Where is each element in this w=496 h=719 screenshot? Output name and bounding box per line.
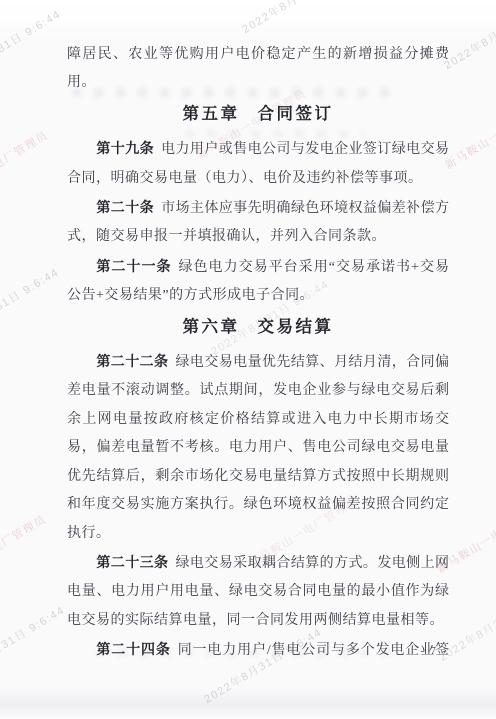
chapter-heading: 第六章交易结算	[67, 313, 449, 341]
watermark-user-stamp: 新马鞍山一电厂管理员	[442, 95, 496, 173]
text-line: 第二十条市场主体应事先明确绿色环境权益偏差补偿方	[67, 193, 449, 223]
text-line: 易，偏差电量暂不考核。电力用户、售电公司绿电交易电量	[67, 434, 449, 462]
chapter-number: 第五章	[183, 105, 240, 123]
text-line: 合同，明确交易电量（电力）、电价及违约补偿等事项。	[67, 165, 449, 193]
watermark-timestamp: 2022年8月31日 9:6:44	[0, 602, 68, 685]
watermark-user-stamp: 新马鞍山一电厂管理员	[0, 127, 51, 205]
chapter-title: 交易结算	[258, 318, 334, 336]
watermark-user-stamp: 新马鞍山一电厂管理员	[0, 511, 49, 589]
article-number: 第二十二条	[96, 353, 168, 369]
watermark-timestamp: 2022年8月31日 9:6:44	[441, 0, 496, 73]
text-line: 第十九条电力用户或售电公司与发电企业签订绿电交易	[67, 134, 449, 164]
watermark-timestamp: 2022年8月31日 9:6:44	[239, 0, 363, 37]
chapter-number: 第六章	[183, 318, 240, 336]
article-number: 第二十四条	[96, 641, 170, 657]
watermark-timestamp: 2022年8月31日 9:6:44	[0, 6, 64, 89]
text-line: 第二十三条绿电交易采取耦合结算的方式。发电侧上网	[67, 548, 449, 578]
text-line: 电量、电力用户用电量、绿电交易合同电量的最小值作为绿	[67, 578, 449, 606]
text-line: 电交易的实际结算电量，同一合同发用两侧结算电量相等。	[67, 607, 449, 635]
text-line: 余上网电量按政府核定价格结算或进入电力中长期市场交	[67, 406, 449, 434]
text-line: 差电量不滚动调整。试点期间，发电企业参与绿电交易后剩	[67, 377, 449, 405]
text-line: 障居民、农业等优购用户电价稳定产生的新增损益分摊费	[67, 41, 449, 69]
scanned-document-page: 2022年8月31日 9:6:44 2022年8月31日 9:6:44 2022…	[0, 0, 496, 719]
chapter-heading: 第五章合同签订	[67, 100, 449, 128]
text-line: 第二十四条同一电力用户/售电公司与多个发电企业签	[67, 635, 449, 665]
text-line: 式，随交易申报一并填报确认，并列入合同条款。	[67, 223, 449, 251]
text-line: 公告+交易结果”的方式形成电子合同。	[67, 282, 449, 310]
article-number: 第十九条	[96, 140, 154, 156]
page-number: - 7 -	[421, 646, 449, 657]
text-line: 执行。	[67, 520, 449, 548]
text-line: 优先结算后，剩余市场化交易电量结算方式按照中长期规则	[67, 463, 449, 491]
text-line: 用。	[67, 69, 449, 97]
document-text-block: 障居民、农业等优购用户电价稳定产生的新增损益分摊费 用。 第五章合同签订 第十九…	[67, 41, 449, 666]
chapter-title: 合同签订	[258, 105, 334, 123]
article-number: 第二十三条	[96, 554, 168, 570]
article-number: 第二十条	[96, 199, 154, 215]
watermark-timestamp: 2022年8月31日 9:6:44	[0, 264, 62, 347]
article-number: 第二十一条	[96, 258, 171, 274]
text-line: 和年度交易实施方案执行。绿色环境权益偏差按照合同约定	[67, 491, 449, 519]
text-line: 第二十一条绿色电力交易平台采用“交易承诺书+交易	[67, 252, 449, 282]
text-line: 第二十二条绿电交易电量优先结算、月结月清，合同偏	[67, 347, 449, 377]
